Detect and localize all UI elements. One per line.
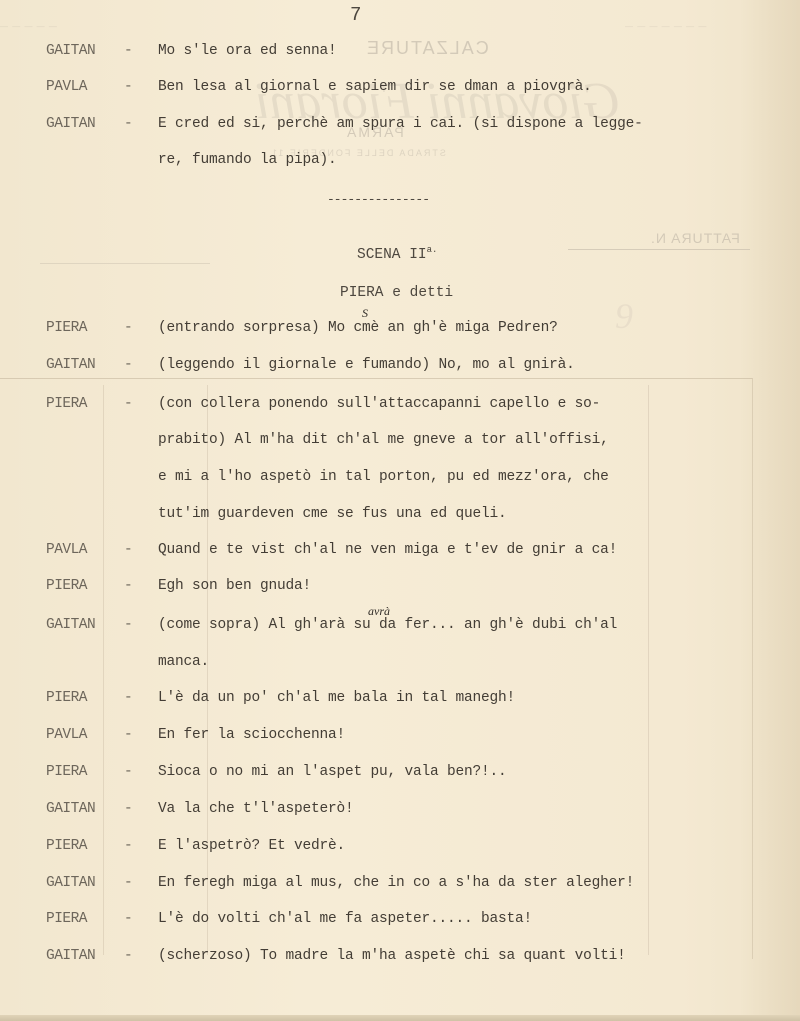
dialogue-text: L'è da un po' ch'al me bala in tal maneg… [158,690,515,706]
scene-heading-text: SCENA II [357,247,427,263]
speaker-name: GAITAN [46,43,95,59]
dialogue-text: E l'aspetrò? Et vedrè. [158,838,345,854]
speaker-name: PIERA [46,578,87,594]
dialogue-line: PIERA - (con collera ponendo sull'attacc… [0,396,800,420]
dialogue-text: L'è do volti ch'al me fa aspeter..... ba… [158,911,532,927]
dialogue-text: prabito) Al m'ha dit ch'al me gneve a to… [158,432,609,448]
dialogue-text: Mo s'le ora ed senna! [158,43,337,59]
speaker-name: PIERA [46,396,87,412]
dialogue-text: e mi a l'ho aspetò in tal porton, pu ed … [158,469,609,485]
speaker-dash: - [124,320,133,336]
speaker-dash: - [124,801,133,817]
dialogue-text: (leggendo il giornale e fumando) No, mo … [158,357,575,373]
dialogue-text: (come sopra) Al gh'arà su da fer... an g… [158,617,617,633]
dialogue-text: Egh son ben gnuda! [158,578,311,594]
dialogue-line: GAITAN - E cred ed si, perchè am spura i… [0,116,800,140]
dialogue-line: PIERA - (entrando sorpresa) Mo cmè an gh… [0,320,800,344]
dialogue-line: PIERA - Sioca o no mi an l'aspet pu, val… [0,764,800,788]
dialogue-line: GAITAN - (come sopra) Al gh'arà su da fe… [0,617,800,641]
dialogue-text: (con collera ponendo sull'attaccapanni c… [158,396,600,412]
dialogue-continuation: tut'im guardeven cme se fus una ed queli… [0,506,800,530]
dialogue-text: En feregh miga al mus, che in co a s'ha … [158,875,634,891]
handwritten-annotation: S [362,306,368,321]
speaker-dash: - [124,357,133,373]
dialogue-text: (entrando sorpresa) Mo cmè an gh'è miga … [158,320,558,336]
dialogue-text: tut'im guardeven cme se fus una ed queli… [158,506,507,522]
speaker-name: PIERA [46,320,87,336]
speaker-name: PIERA [46,764,87,780]
dialogue-text: (scherzoso) To madre la m'ha aspetè chi … [158,948,626,964]
speaker-name: GAITAN [46,357,95,373]
speaker-dash: - [124,764,133,780]
speaker-dash: - [124,116,133,132]
dialogue-continuation: prabito) Al m'ha dit ch'al me gneve a to… [0,432,800,456]
dialogue-text: En fer la sciocchenna! [158,727,345,743]
speaker-dash: - [124,43,133,59]
speaker-dash: - [124,542,133,558]
dialogue-text: Quand e te vist ch'al ne ven miga e t'ev… [158,542,617,558]
dialogue-line: GAITAN - Va la che t'l'aspeterò! [0,801,800,825]
speaker-name: GAITAN [46,948,95,964]
dialogue-continuation: re, fumando la pipa). [0,152,800,176]
speaker-name: GAITAN [46,116,95,132]
speaker-name: GAITAN [46,875,95,891]
speaker-name: GAITAN [46,801,95,817]
dialogue-line: PAVLA - En fer la sciocchenna! [0,727,800,751]
speaker-dash: - [124,838,133,854]
speaker-name: PIERA [46,911,87,927]
dialogue-line: GAITAN - En feregh miga al mus, che in c… [0,875,800,899]
dialogue-text: Va la che t'l'aspeterò! [158,801,354,817]
dialogue-continuation: e mi a l'ho aspetò in tal porton, pu ed … [0,469,800,493]
speaker-name: PAVLA [46,79,87,95]
dialogue-line: GAITAN - Mo s'le ora ed senna! [0,43,800,67]
speaker-dash: - [124,578,133,594]
speaker-name: PAVLA [46,542,87,558]
speaker-name: PIERA [46,838,87,854]
dialogue-line: PIERA - L'è do volti ch'al me fa aspeter… [0,911,800,935]
section-divider: --------------- [327,192,429,207]
dialogue-line: GAITAN - (leggendo il giornale e fumando… [0,357,800,381]
show-through-rule [568,249,750,250]
speaker-dash: - [124,396,133,412]
paper-bottom-edge [0,1015,800,1021]
show-through-fattura: FATTURA N. [650,230,740,246]
dialogue-line: PIERA - L'è da un po' ch'al me bala in t… [0,690,800,714]
page-number: 7 [350,4,361,26]
scene-heading: SCENA IIa. [357,245,437,263]
dialogue-line: GAITAN - (scherzoso) To madre la m'ha as… [0,948,800,972]
dialogue-line: PAVLA - Ben lesa al giornal e sapiem dir… [0,79,800,103]
speaker-name: PAVLA [46,727,87,743]
speaker-dash: - [124,690,133,706]
typewritten-page: — — — — — — — — — — — — CALZATURE Giovan… [0,0,800,1021]
speaker-dash: - [124,727,133,743]
scene-heading-ordinal: a. [427,245,438,255]
speaker-name: PIERA [46,690,87,706]
speaker-name: GAITAN [46,617,95,633]
speaker-dash: - [124,79,133,95]
dialogue-text: re, fumando la pipa). [158,152,337,168]
dialogue-text: Ben lesa al giornal e sapiem dir se dman… [158,79,592,95]
show-through-text: — — — — — [0,22,58,31]
dialogue-continuation: manca. [0,654,800,678]
dialogue-line: PIERA - Egh son ben gnuda! [0,578,800,602]
dialogue-line: PAVLA - Quand e te vist ch'al ne ven mig… [0,542,800,566]
speaker-dash: - [124,617,133,633]
speaker-dash: - [124,875,133,891]
speaker-dash: - [124,911,133,927]
scene-characters: PIERA e detti [340,285,453,301]
dialogue-text: E cred ed si, perchè am spura i cai. (si… [158,116,643,132]
dialogue-text: manca. [158,654,209,670]
speaker-dash: - [124,948,133,964]
show-through-text: — — — — — — — [625,22,707,31]
dialogue-text: Sioca o no mi an l'aspet pu, vala ben?!.… [158,764,507,780]
dialogue-line: PIERA - E l'aspetrò? Et vedrè. [0,838,800,862]
show-through-rule [40,263,210,264]
handwritten-annotation: avrà [368,604,390,619]
